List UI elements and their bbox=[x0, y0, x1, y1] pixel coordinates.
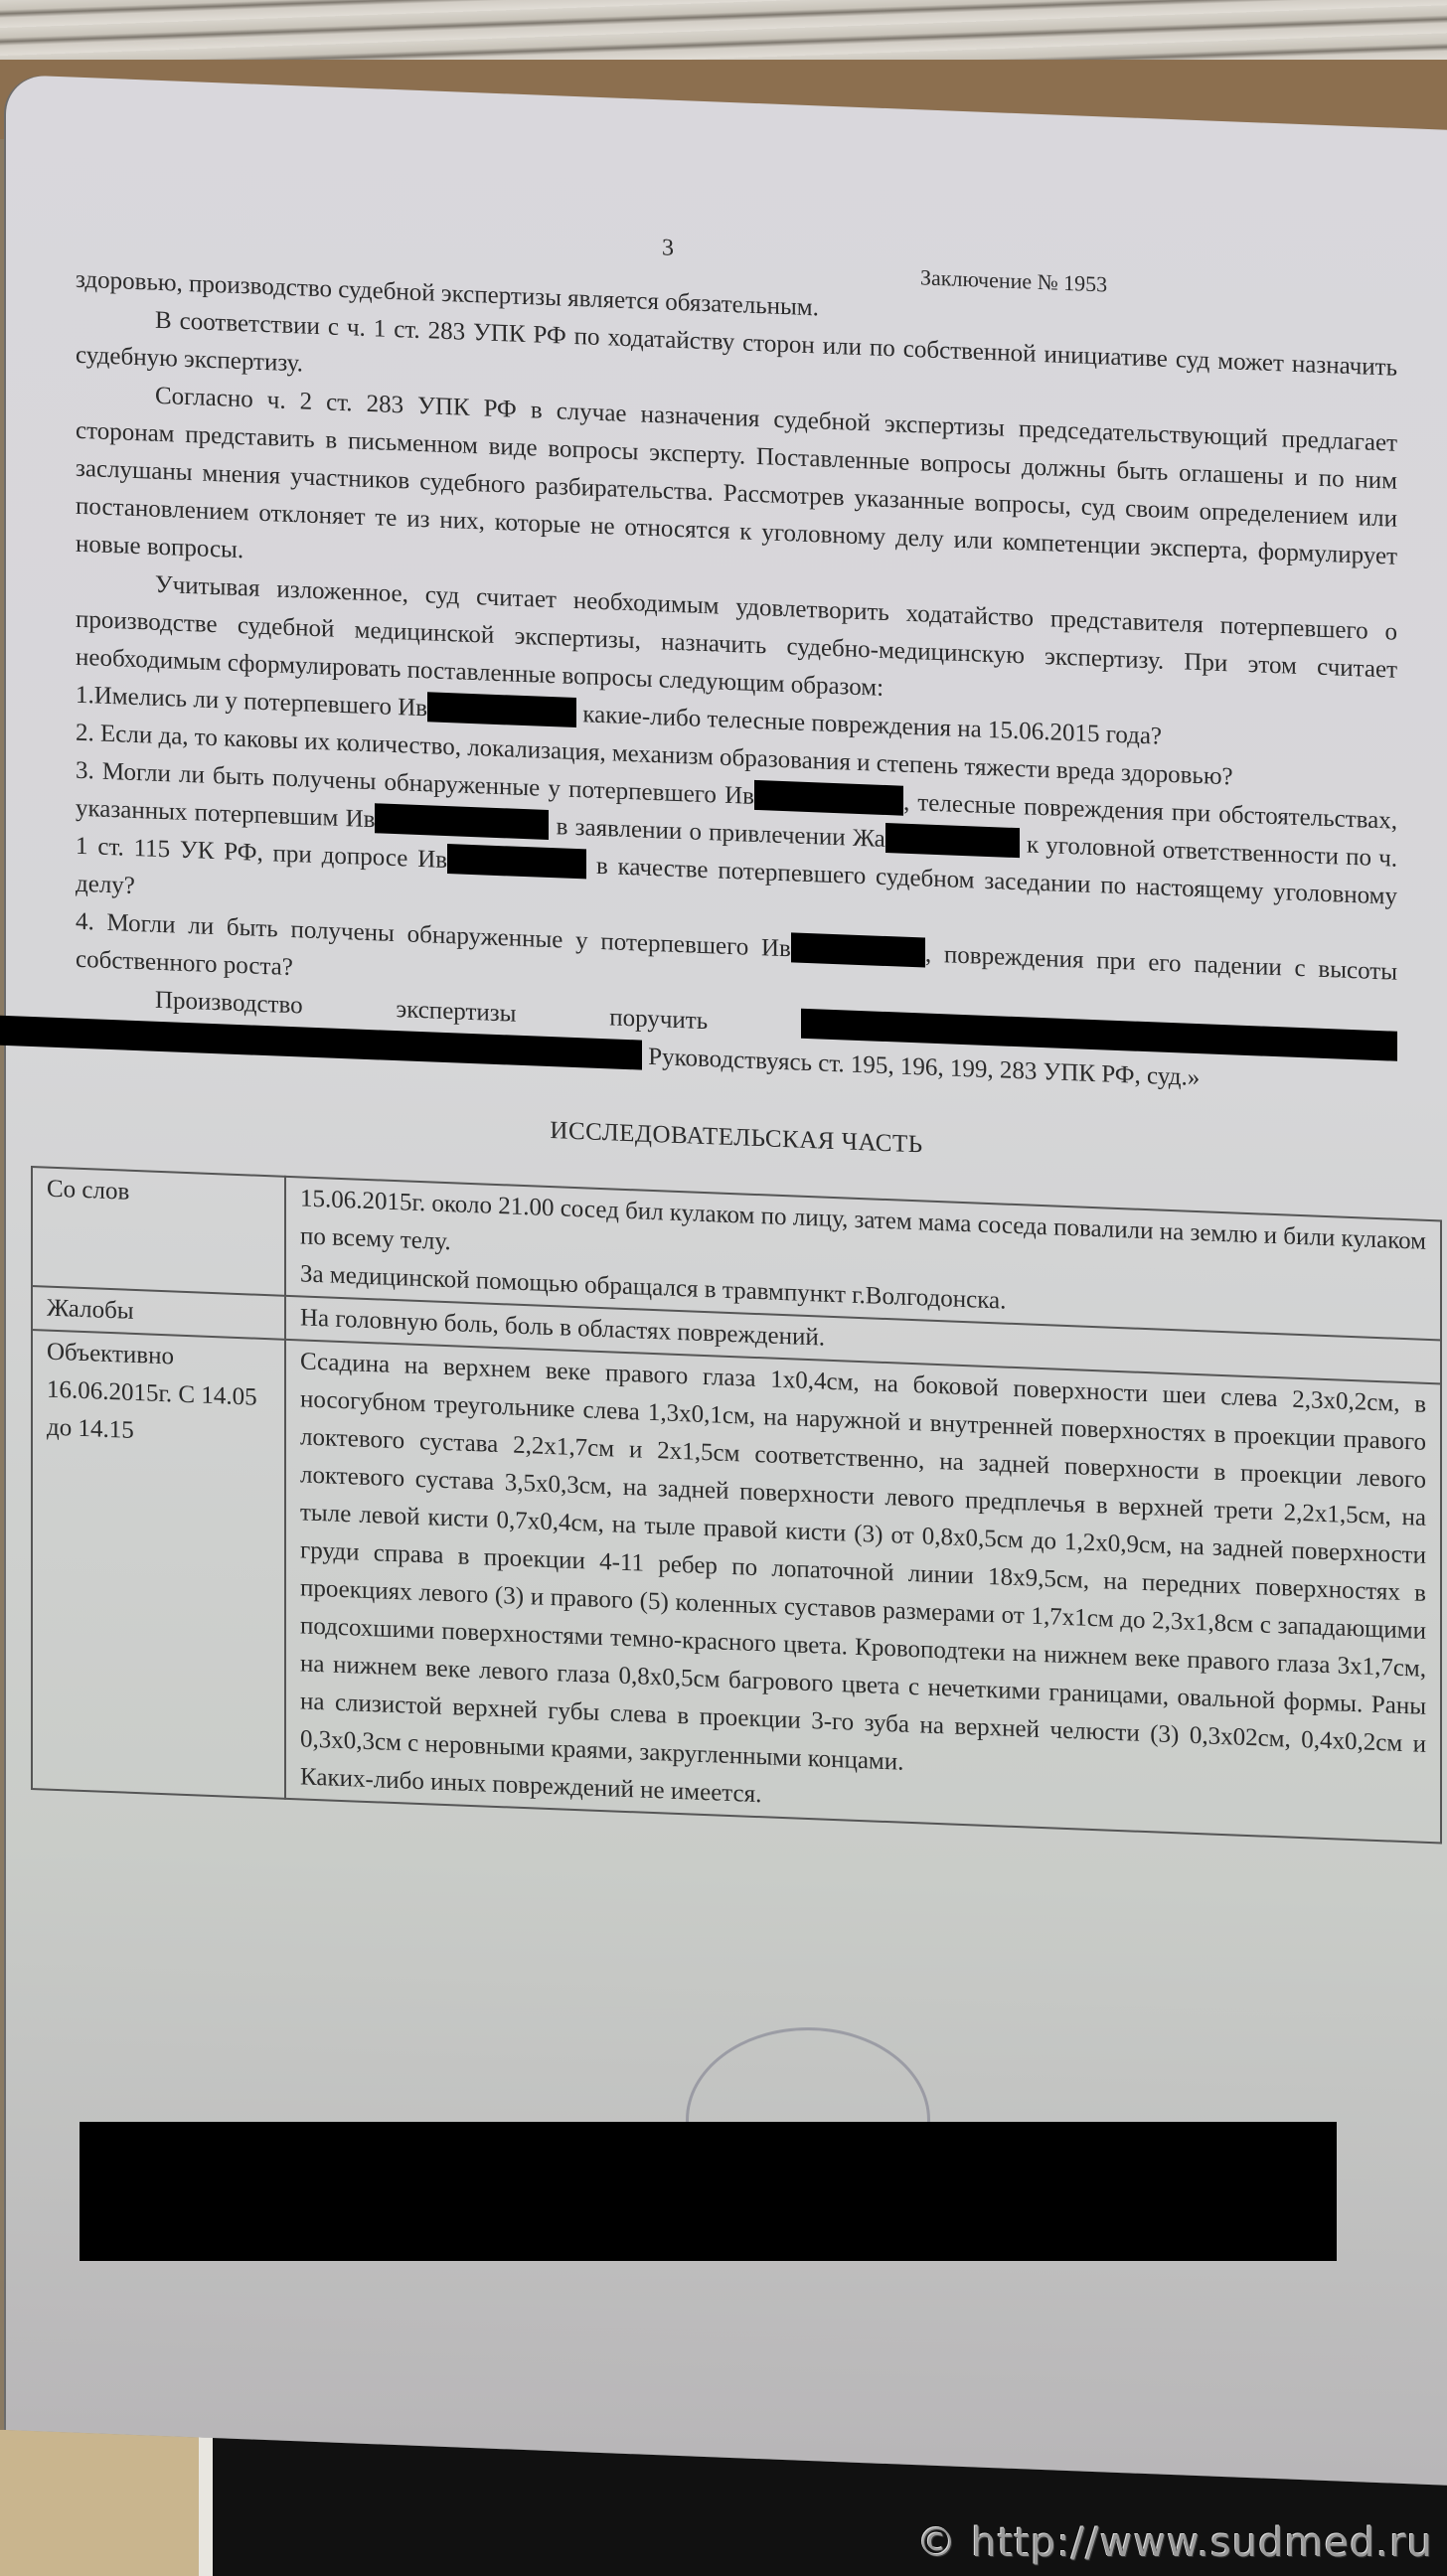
row-label: Со слов bbox=[32, 1167, 285, 1296]
redaction-box bbox=[885, 823, 1020, 858]
page-number: 3 bbox=[662, 229, 674, 266]
redaction-box bbox=[447, 844, 586, 879]
watermark: © http://www.sudmed.ru bbox=[917, 2520, 1434, 2566]
question-3-text-c: в заявлении о привлечении Жа bbox=[557, 813, 885, 853]
research-table: Со слов 15.06.2015г. около 21.00 сосед б… bbox=[31, 1166, 1442, 1845]
redaction-block bbox=[80, 2122, 1337, 2261]
table-row: Объективно 16.06.2015г. С 14.05 до 14.15… bbox=[32, 1330, 1441, 1843]
redaction-box bbox=[427, 692, 576, 727]
row-content: Ссадина на верхнем веке правого глаза 1х… bbox=[285, 1340, 1441, 1844]
row-label: Объективно 16.06.2015г. С 14.05 до 14.15 bbox=[32, 1330, 285, 1799]
section-title: ИССЛЕДОВАТЕЛЬСКАЯ ЧАСТЬ bbox=[76, 1094, 1397, 1183]
redaction-box bbox=[754, 780, 903, 816]
row-text: Ссадина на верхнем веке правого глаза 1х… bbox=[300, 1343, 1426, 1802]
document-body: здоровью, производство судебной эксперти… bbox=[76, 261, 1397, 1843]
redaction-box bbox=[791, 932, 925, 967]
closing-text-b: Руководствуясь ст. 195, 196, 199, 283 УП… bbox=[648, 1044, 1200, 1091]
redaction-box bbox=[375, 803, 549, 840]
